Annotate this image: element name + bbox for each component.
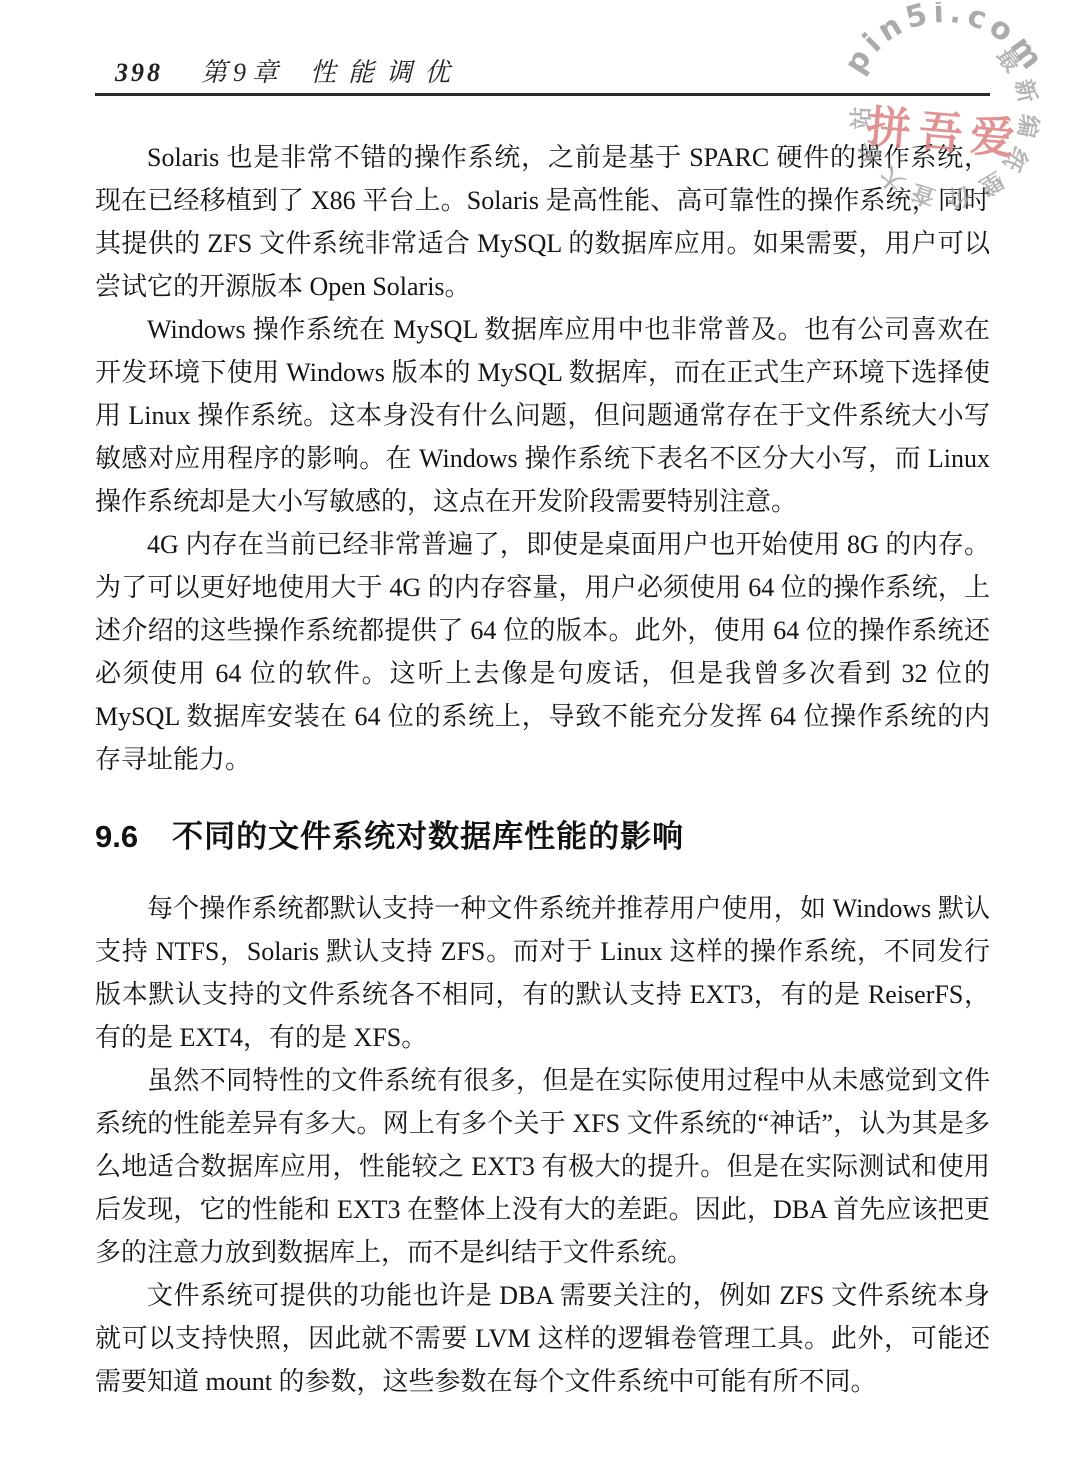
chapter-label: 第9章 (201, 58, 284, 87)
page-header: 398第9章性能调优 (115, 56, 990, 90)
paragraph: 每个操作系统都默认支持一种文件系统并推荐用户使用，如 Windows 默认支持 … (95, 887, 990, 1059)
book-page: 398第9章性能调优 Solaris 也是非常不错的操作系统，之前是基于 SPA… (0, 0, 1080, 1478)
header-rule (95, 93, 990, 96)
paragraph: Windows 操作系统在 MySQL 数据库应用中也非常普及。也有公司喜欢在开… (95, 308, 990, 523)
page-body: Solaris 也是非常不错的操作系统，之前是基于 SPARC 硬件的操作系统，… (95, 136, 990, 1403)
chapter-title: 性能调优 (310, 58, 462, 87)
section-heading: 9.6不同的文件系统对数据库性能的影响 (95, 817, 990, 857)
paragraph: 4G 内存在当前已经非常普遍了，即使是桌面用户也开始使用 8G 的内存。为了可以… (95, 523, 990, 781)
section-title: 不同的文件系统对数据库性能的影响 (172, 819, 684, 854)
paragraph: 文件系统可提供的功能也许是 DBA 需要关注的，例如 ZFS 文件系统本身就可以… (95, 1274, 990, 1403)
paragraph: 虽然不同特性的文件系统有很多，但是在实际使用过程中从未感觉到文件系统的性能差异有… (95, 1059, 990, 1274)
section-number: 9.6 (95, 819, 138, 854)
page-number: 398 (115, 58, 163, 87)
paragraph: Solaris 也是非常不错的操作系统，之前是基于 SPARC 硬件的操作系统，… (95, 136, 990, 308)
